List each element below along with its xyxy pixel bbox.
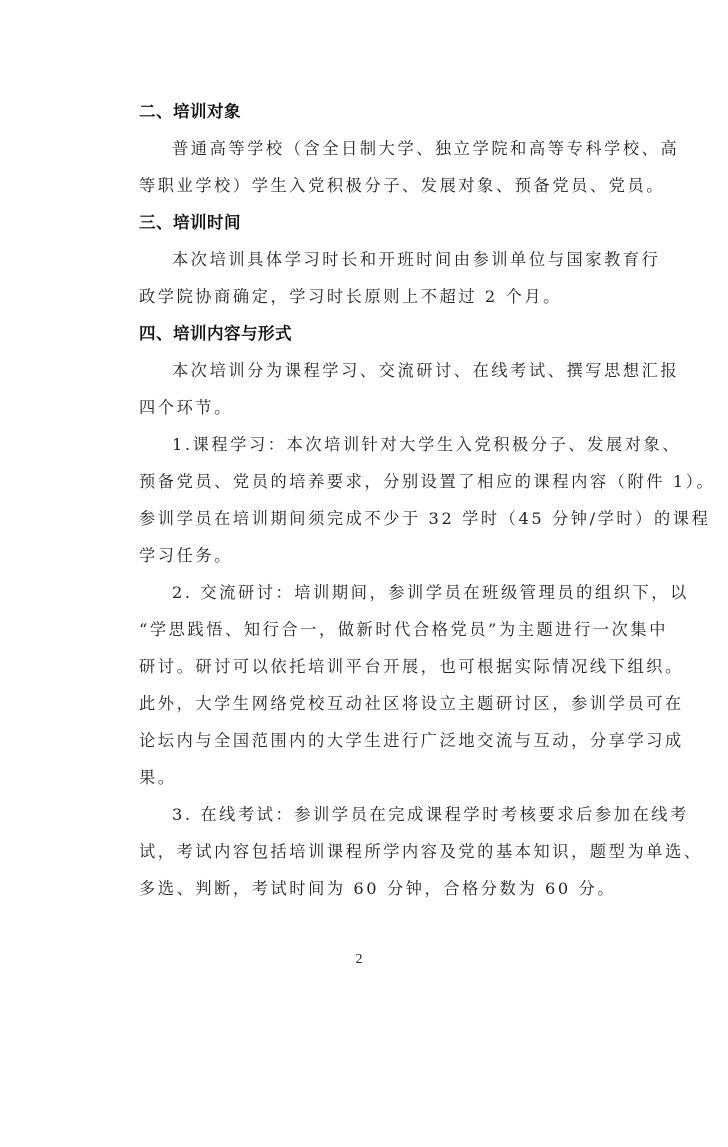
text-line: 四个环节。	[106, 389, 600, 426]
document-page: 二、培训对象 普通高等学校（含全日制大学、独立学院和高等专科学校、高 等职业学校…	[0, 0, 728, 1147]
text-line: 多选、判断，考试时间为 60 分钟，合格分数为 60 分。	[106, 870, 600, 907]
text-line: 本次培训具体学习时长和开班时间由参训单位与国家教育行	[106, 241, 600, 278]
section-heading-training-time: 三、培训时间	[106, 204, 600, 241]
paragraph-course-study: 1.课程学习：本次培训针对大学生入党积极分子、发展对象、 预备党员、党员的培养要…	[106, 426, 600, 574]
text-line: 3. 在线考试：参训学员在完成课程学时考核要求后参加在线考	[106, 796, 600, 833]
text-line: 论坛内与全国范围内的大学生进行广泛地交流与互动，分享学习成	[106, 722, 600, 759]
section-heading-training-targets: 二、培训对象	[106, 93, 600, 130]
text-line: 1.课程学习：本次培训针对大学生入党积极分子、发展对象、	[106, 426, 600, 463]
paragraph-training-time: 本次培训具体学习时长和开班时间由参训单位与国家教育行 政学院协商确定，学习时长原…	[106, 241, 600, 315]
text-line: 等职业学校）学生入党积极分子、发展对象、预备党员、党员。	[106, 167, 600, 204]
text-line: 参训学员在培训期间须完成不少于 32 学时（45 分钟/学时）的课程	[106, 500, 600, 537]
text-line: 预备党员、党员的培养要求，分别设置了相应的课程内容（附件 1）。	[106, 463, 600, 500]
text-line: 2. 交流研讨：培训期间，参训学员在班级管理员的组织下，以	[106, 574, 600, 611]
text-line: 试，考试内容包括培训课程所学内容及党的基本知识，题型为单选、	[106, 833, 600, 870]
text-line: 学习任务。	[106, 537, 600, 574]
paragraph-training-overview: 本次培训分为课程学习、交流研讨、在线考试、撰写思想汇报 四个环节。	[106, 352, 600, 426]
paragraph-training-targets: 普通高等学校（含全日制大学、独立学院和高等专科学校、高 等职业学校）学生入党积极…	[106, 130, 600, 204]
text-line: 本次培训分为课程学习、交流研讨、在线考试、撰写思想汇报	[106, 352, 600, 389]
section-heading-training-content: 四、培训内容与形式	[106, 315, 600, 352]
page-number: 2	[352, 952, 366, 968]
paragraph-discussion: 2. 交流研讨：培训期间，参训学员在班级管理员的组织下，以 “学思践悟、知行合一…	[106, 574, 600, 796]
text-line: 此外，大学生网络党校互动社区将设立主题研讨区，参训学员可在	[106, 685, 600, 722]
text-line: 普通高等学校（含全日制大学、独立学院和高等专科学校、高	[106, 130, 600, 167]
text-line: 政学院协商确定，学习时长原则上不超过 2 个月。	[106, 278, 600, 315]
text-line: 研讨。研讨可以依托培训平台开展，也可根据实际情况线下组织。	[106, 648, 600, 685]
text-line: “学思践悟、知行合一，做新时代合格党员”为主题进行一次集中	[106, 611, 600, 648]
text-line: 果。	[106, 759, 600, 796]
document-body: 二、培训对象 普通高等学校（含全日制大学、独立学院和高等专科学校、高 等职业学校…	[106, 93, 600, 907]
paragraph-online-exam: 3. 在线考试：参训学员在完成课程学时考核要求后参加在线考 试，考试内容包括培训…	[106, 796, 600, 907]
